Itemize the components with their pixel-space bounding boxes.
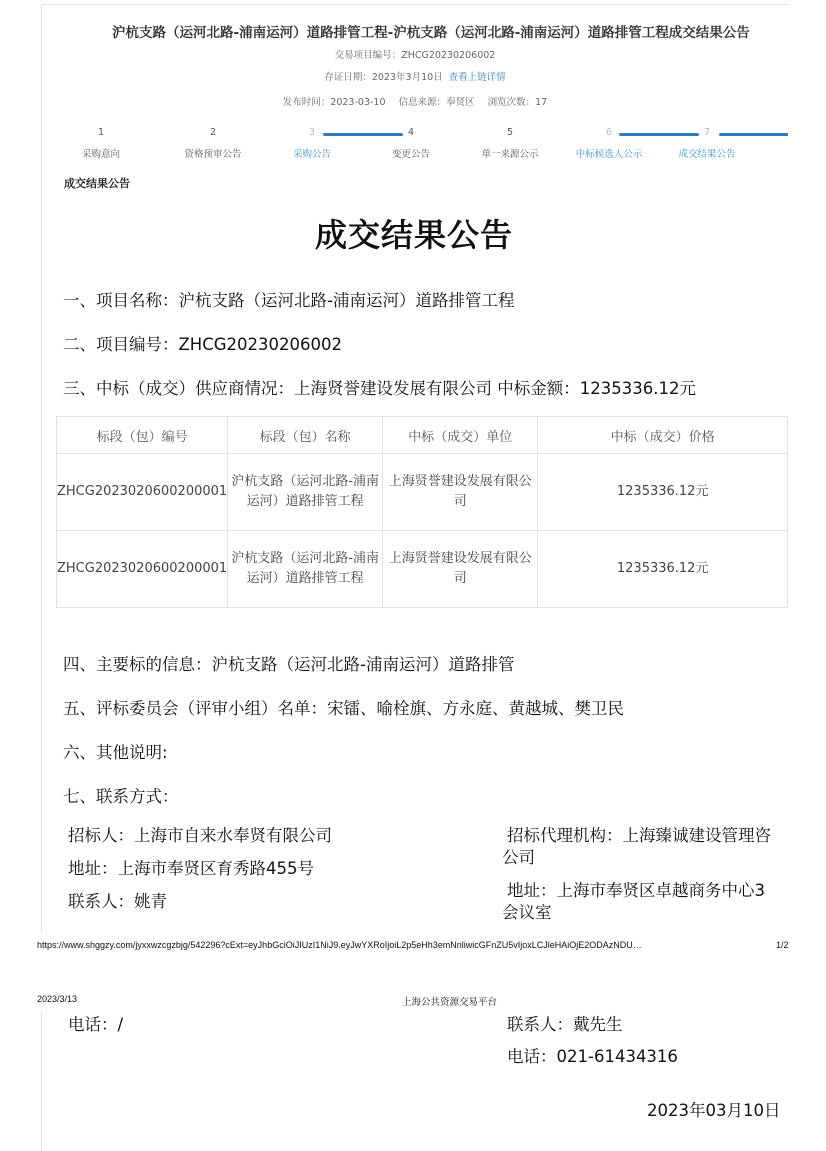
views-count: 17 [535, 97, 547, 108]
step-procurement-notice[interactable]: 3 采购公告 [262, 127, 362, 161]
publish-info-line: 发布时间：2023-03-10 信息来源：奉贤区 浏览次数：17 [42, 94, 788, 108]
step-label: 采购公告 [262, 149, 362, 161]
step-number: 6 [559, 127, 659, 139]
step-single-source[interactable]: 5 单一来源公示 [460, 127, 560, 161]
step-number: 1 [51, 127, 151, 139]
deposit-date: 2023年3月10日 [372, 72, 443, 83]
step-label: ! [742, 137, 788, 149]
step-change-notice[interactable]: 4 变更公告 [361, 127, 461, 161]
cell-price: 1235336.12元 [538, 531, 788, 608]
col-header-winner: 中标（成交）单位 [383, 417, 538, 454]
tenderer-address: 地址：上海市奉贤区育秀路455号 [68, 858, 314, 880]
item-contacts-heading: 七、联系方式： [63, 783, 179, 807]
process-stepper: 1 采购意向 2 资格预审公告 3 采购公告 4 变更公告 5 单一来源公示 6… [42, 127, 788, 169]
source: 奉贤区 [446, 97, 475, 108]
cell-winner: 上海贤誉建设发展有限公司 [383, 454, 538, 531]
deposit-date-label: 存证日期： [324, 72, 372, 83]
page-title: 沪杭支路（运河北路-浦南运河）道路排管工程-沪杭支路（运河北路-浦南运河）道路排… [112, 21, 750, 41]
source-label: 信息来源： [399, 97, 447, 108]
item-supplier: 三、中标（成交）供应商情况：上海贤誉建设发展有限公司 中标金额：1235336.… [63, 375, 696, 399]
step-candidate-notice[interactable]: 6 中标候选人公示 [559, 127, 659, 161]
table-header-row: 标段（包）编号 标段（包）名称 中标（成交）单位 中标（成交）价格 [57, 417, 788, 454]
step-number: 3 [262, 127, 362, 139]
step-number: 2 [163, 127, 263, 139]
deposit-line: 存证日期：2023年3月10日查看上链详情 [42, 69, 788, 83]
step-label: 资格预审公告 [163, 149, 263, 161]
cell-lot-name: 沪杭支路（运河北路-浦南运河）道路排管工程 [228, 531, 383, 608]
cell-lot-name: 沪杭支路（运河北路-浦南运河）道路排管工程 [228, 454, 383, 531]
project-code-label: 交易项目编号： [335, 50, 402, 61]
project-code: ZHCG20230206002 [401, 50, 495, 61]
agency-name-line2: 公司 [502, 847, 535, 869]
tenderer-name: 招标人：上海市自来水奉贤有限公司 [68, 825, 332, 847]
sign-date: 2023年03月10日 [647, 1100, 780, 1122]
step-label: 成交结果公告 [657, 149, 757, 161]
agency-contact: 联系人：戴先生 [507, 1014, 623, 1036]
agency-address-line2: 会议室 [502, 902, 552, 924]
cell-lot-code: ZHCG2023020600200001 [57, 531, 228, 608]
publish-time-label: 发布时间： [283, 97, 331, 108]
item-committee: 五、评标委员会（评审小组）名单：宋镭、喻栓旗、方永庭、黄越城、樊卫民 [63, 695, 624, 719]
document-page-2: 电话：/ 联系人：戴先生 电话：021-61434316 2023年03月10日 [41, 1012, 788, 1151]
section-label: 成交结果公告 [64, 175, 130, 191]
step-number: 5 [460, 127, 560, 139]
print-footer-url: https://www.shggzy.com/jyxxwzcgzbjg/5422… [37, 940, 642, 950]
document-heading: 成交结果公告 [41, 210, 788, 256]
item-project-name: 一、项目名称：沪杭支路（运河北路-浦南运河）道路排管工程 [63, 287, 514, 311]
item-project-code: 二、项目编号：ZHCG20230206002 [63, 331, 342, 355]
tenderer-phone: 电话：/ [68, 1014, 123, 1036]
item-other-notes: 六、其他说明: [63, 739, 168, 763]
chain-details-link[interactable]: 查看上链详情 [449, 72, 506, 83]
item-main-subject: 四、主要标的信息：沪杭支路（运河北路-浦南运河）道路排管 [63, 651, 514, 675]
col-header-lot-name: 标段（包）名称 [228, 417, 383, 454]
table-row: ZHCG2023020600200001 沪杭支路（运河北路-浦南运河）道路排管… [57, 531, 788, 608]
tenderer-contact: 联系人：姚青 [68, 891, 167, 913]
step-label: 变更公告 [361, 149, 461, 161]
result-table: 标段（包）编号 标段（包）名称 中标（成交）单位 中标（成交）价格 ZHCG20… [56, 416, 788, 608]
agency-address-line1: 地址：上海市奉贤区卓越商务中心3 [507, 880, 765, 902]
cell-lot-code: ZHCG2023020600200001 [57, 454, 228, 531]
col-header-lot-code: 标段（包）编号 [57, 417, 228, 454]
step-label: 中标候选人公示 [559, 149, 659, 161]
agency-phone: 电话：021-61434316 [507, 1046, 678, 1068]
step-label: 采购意向 [51, 149, 151, 161]
print-header-site: 上海公共资源交易平台 [402, 994, 497, 1008]
agency-name-line1: 招标代理机构：上海臻诚建设管理咨 [507, 825, 771, 847]
document-page-1: 沪杭支路（运河北路-浦南运河）道路排管工程-沪杭支路（运河北路-浦南运河）道路排… [41, 4, 788, 932]
step-label: 单一来源公示 [460, 149, 560, 161]
step-prequalification[interactable]: 2 资格预审公告 [163, 127, 263, 161]
table-row: ZHCG2023020600200001 沪杭支路（运河北路-浦南运河）道路排管… [57, 454, 788, 531]
cell-winner: 上海贤誉建设发展有限公司 [383, 531, 538, 608]
views-label: 浏览次数： [488, 97, 536, 108]
step-purchase-intent[interactable]: 1 采购意向 [51, 127, 151, 161]
step-next-clipped[interactable]: ! [742, 127, 788, 149]
col-header-price: 中标（成交）价格 [538, 417, 788, 454]
print-page-number: 1/2 [776, 940, 789, 950]
step-number: 4 [361, 127, 461, 139]
project-code-line: 交易项目编号：ZHCG20230206002 [42, 47, 788, 61]
print-header-date: 2023/3/13 [37, 994, 77, 1004]
cell-price: 1235336.12元 [538, 454, 788, 531]
publish-time: 2023-03-10 [330, 97, 385, 108]
